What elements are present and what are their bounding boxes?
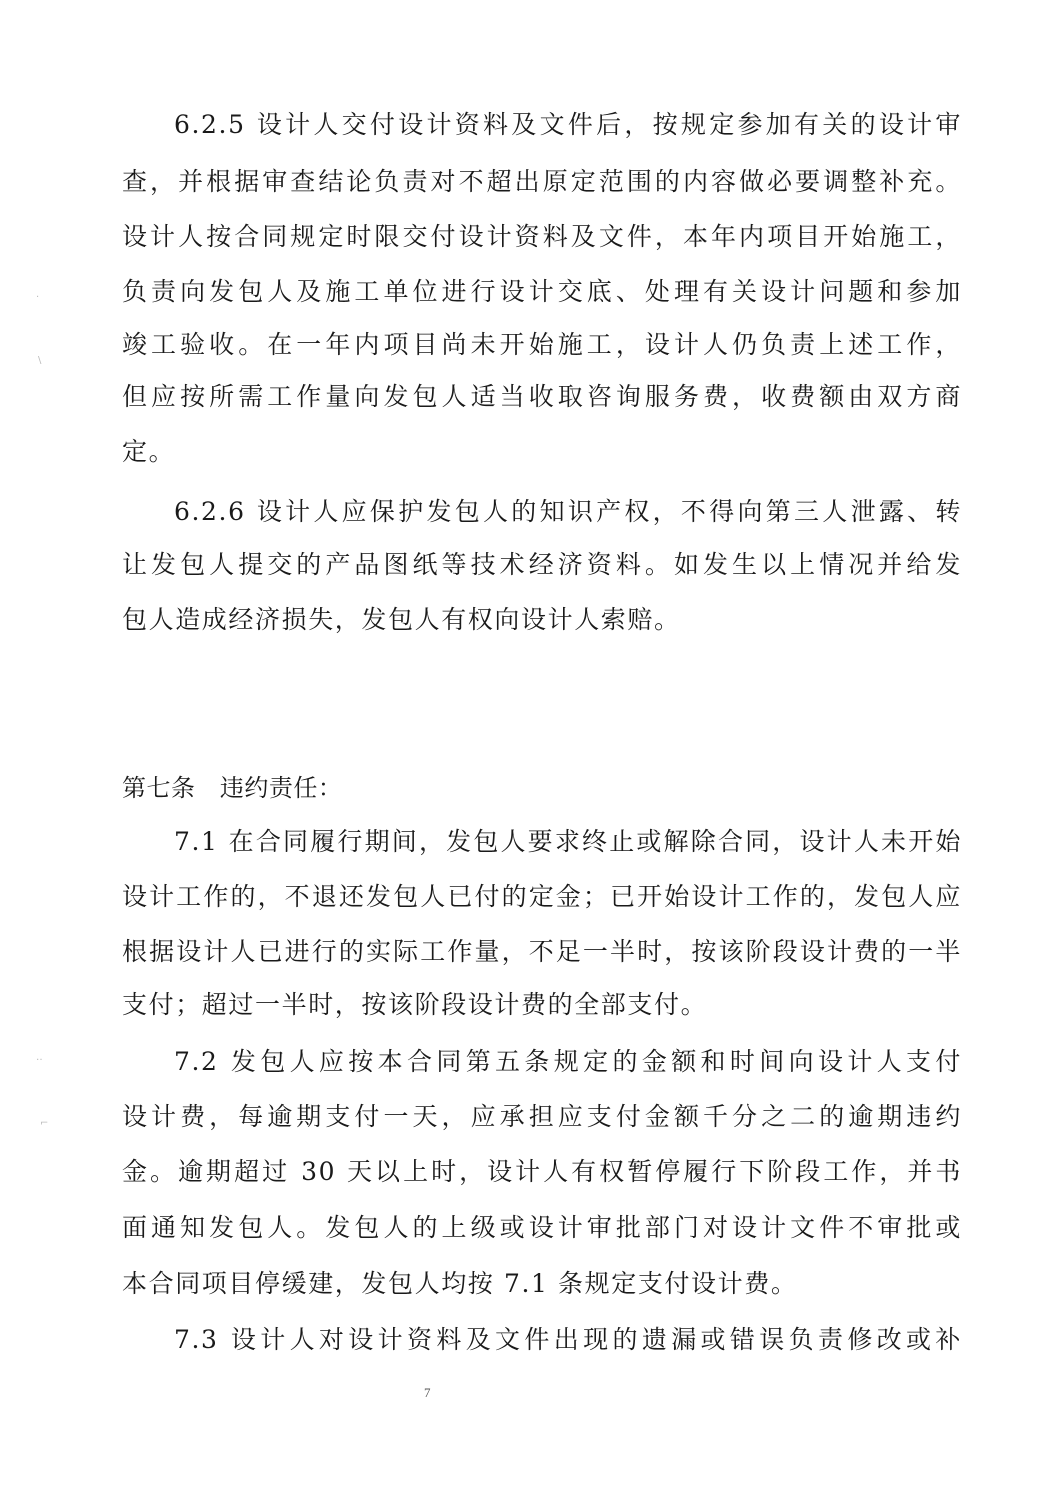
document-page: 6.2.5 设计人交付设计资料及文件后，按规定参加有关的设计审 查，并根据审查结…: [0, 0, 1060, 1500]
clause-7-2-line-2: 设计费，每逾期支付一天，应承担应支付金额千分之二的逾期违约: [122, 1101, 962, 1133]
clause-7-1-line-2: 设计工作的，不退还发包人已付的定金；已开始设计工作的，发包人应: [122, 881, 962, 913]
clause-7-3-line-1: 7.3 设计人对设计资料及文件出现的遗漏或错误负责修改或补: [174, 1324, 962, 1356]
scan-artifact-mark: ·: [36, 292, 39, 303]
clause-6-2-5-line-6: 但应按所需工作量向发包人适当收取咨询服务费，收费额由双方商: [122, 381, 962, 413]
clause-6-2-5-line-5: 竣工验收。在一年内项目尚未开始施工，设计人仍负责上述工作，: [122, 329, 962, 361]
article-7-heading: 第七条 违约责任：: [122, 772, 342, 804]
scan-artifact-mark: ⌐: [40, 1118, 48, 1129]
clause-6-2-5-line-7: 定。: [122, 436, 962, 468]
clause-7-2-line-1: 7.2 发包人应按本合同第五条规定的金额和时间向设计人支付: [174, 1046, 962, 1078]
scan-artifact-mark: ‥: [36, 1052, 43, 1063]
clause-7-1-line-1: 7.1 在合同履行期间，发包人要求终止或解除合同，设计人未开始: [174, 826, 962, 858]
clause-6-2-5-line-4: 负责向发包人及施工单位进行设计交底、处理有关设计问题和参加: [122, 276, 962, 308]
page-number: 7: [424, 1385, 431, 1401]
clause-6-2-6-line-1: 6.2.6 设计人应保护发包人的知识产权，不得向第三人泄露、转: [174, 496, 962, 528]
scan-artifact-mark: \: [38, 355, 41, 366]
clause-7-2-line-4: 面通知发包人。发包人的上级或设计审批部门对设计文件不审批或: [122, 1212, 962, 1244]
clause-7-2-line-5: 本合同项目停缓建，发包人均按 7.1 条规定支付设计费。: [122, 1268, 962, 1300]
clause-6-2-5-line-1: 6.2.5 设计人交付设计资料及文件后，按规定参加有关的设计审: [174, 109, 962, 141]
clause-6-2-5-line-3: 设计人按合同规定时限交付设计资料及文件，本年内项目开始施工，: [122, 221, 962, 253]
clause-6-2-6-line-3: 包人造成经济损失，发包人有权向设计人索赔。: [122, 604, 962, 636]
clause-7-1-line-4: 支付；超过一半时，按该阶段设计费的全部支付。: [122, 989, 962, 1021]
clause-7-1-line-3: 根据设计人已进行的实际工作量，不足一半时，按该阶段设计费的一半: [122, 936, 962, 968]
clause-7-2-line-3: 金。逾期超过 30 天以上时，设计人有权暂停履行下阶段工作，并书: [122, 1156, 962, 1188]
clause-6-2-5-line-2: 查，并根据审查结论负责对不超出原定范围的内容做必要调整补充。: [122, 166, 962, 198]
clause-6-2-6-line-2: 让发包人提交的产品图纸等技术经济资料。如发生以上情况并给发: [122, 549, 962, 581]
